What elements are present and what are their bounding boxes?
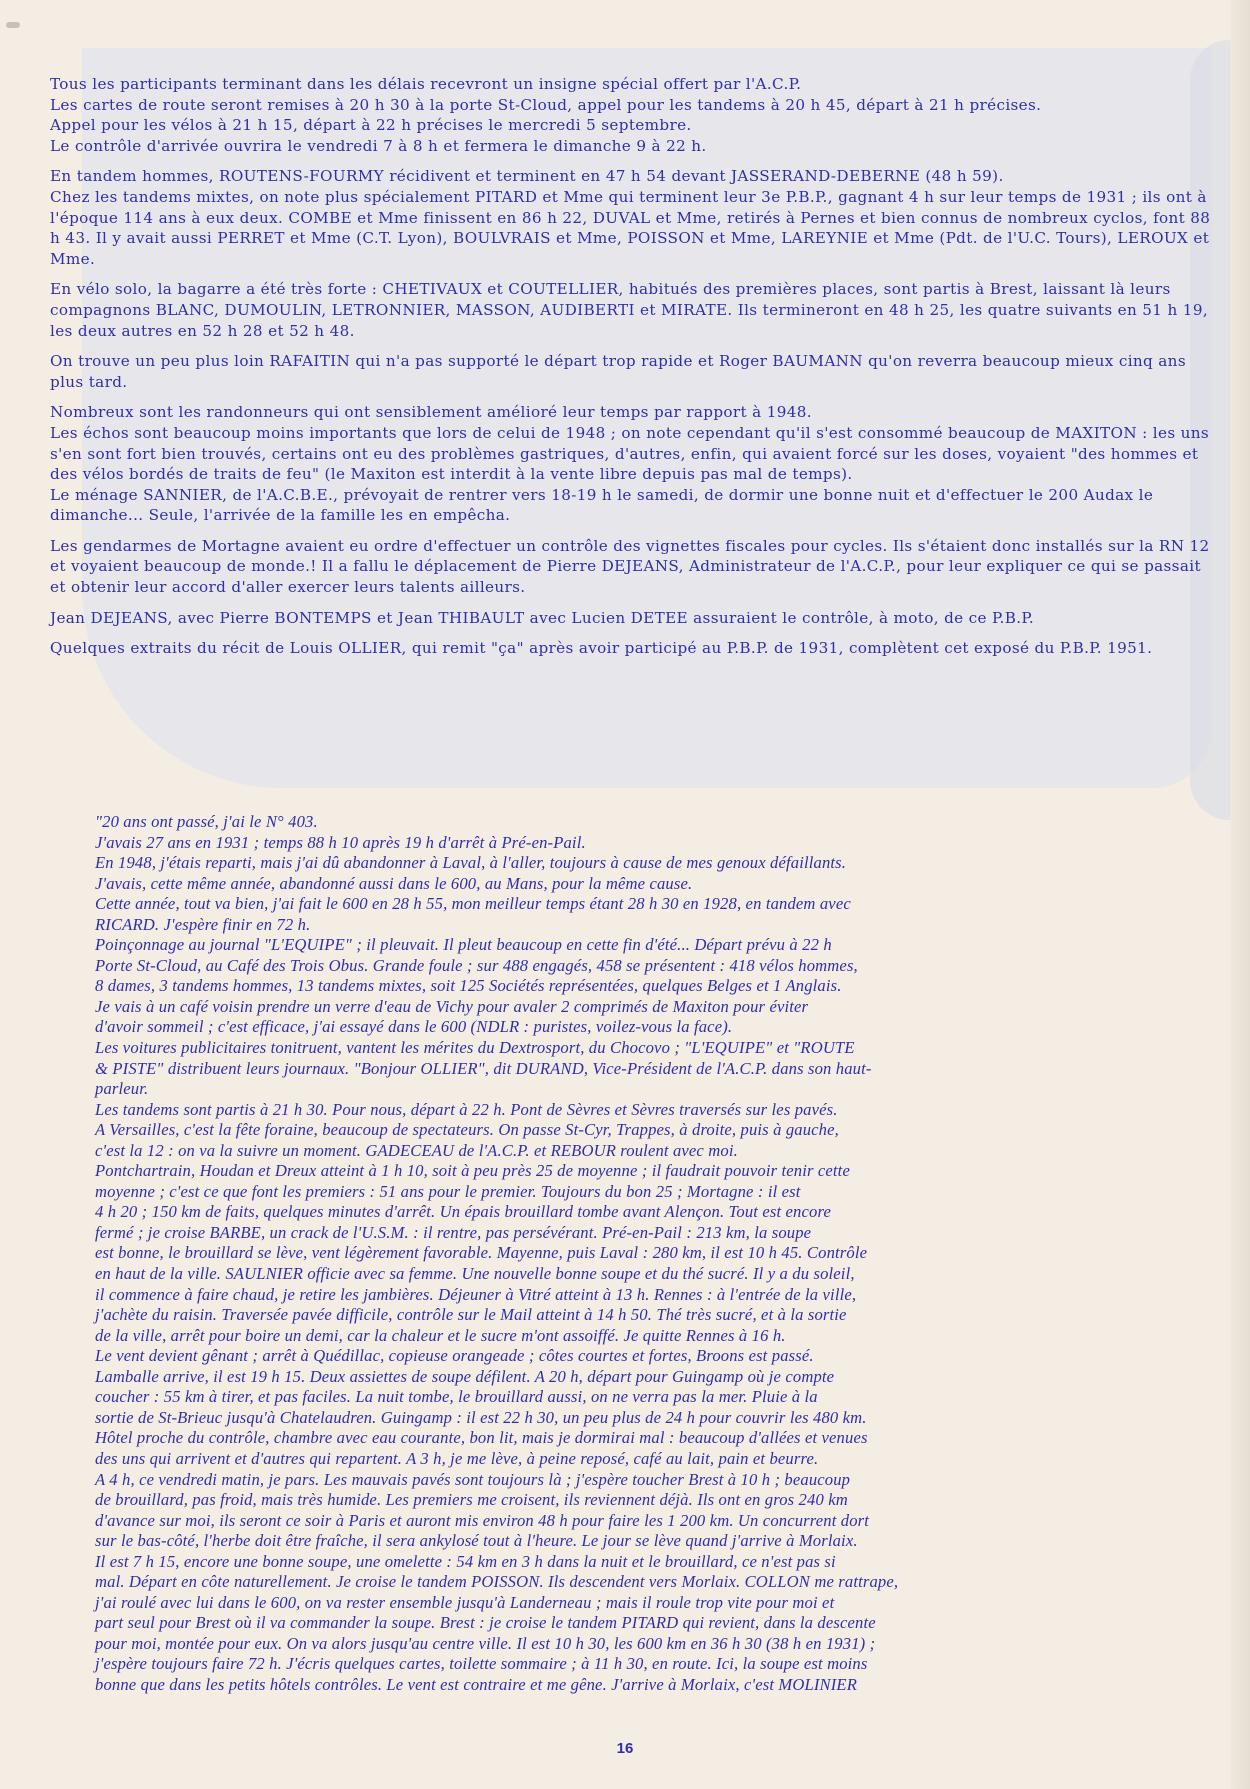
line: Les gendarmes de Mortagne avaient eu ord…	[50, 537, 1210, 596]
quote-line: de brouillard, pas froid, mais très humi…	[95, 1490, 1205, 1511]
quote-line: c'est la 12 : on va la suivre un moment.…	[95, 1141, 1205, 1162]
quote-line: Hôtel proche du contrôle, chambre avec e…	[95, 1428, 1205, 1449]
quote-line: Lamballe arrive, il est 19 h 15. Deux as…	[95, 1367, 1205, 1388]
line: Les cartes de route seront remises à 20 …	[50, 96, 1041, 114]
quote-line: "20 ans ont passé, j'ai le N° 403.	[95, 812, 1205, 833]
line: Quelques extraits du récit de Louis OLLI…	[50, 639, 1152, 657]
quote-line: j'espère toujours faire 72 h. J'écris qu…	[95, 1654, 1205, 1675]
quote-line: Pontchartrain, Houdan et Dreux atteint à…	[95, 1161, 1205, 1182]
line: On trouve un peu plus loin RAFAITIN qui …	[50, 352, 1186, 391]
line: Le contrôle d'arrivée ouvrira le vendred…	[50, 137, 707, 155]
line: Appel pour les vélos à 21 h 15, départ à…	[50, 116, 692, 134]
quote-line: moyenne ; c'est ce que font les premiers…	[95, 1182, 1205, 1203]
line: En tandem hommes, ROUTENS-FOURMY récidiv…	[50, 167, 1004, 185]
quote-line: d'avance sur moi, ils seront ce soir à P…	[95, 1511, 1205, 1532]
quote-line: Poinçonnage au journal "L'EQUIPE" ; il p…	[95, 935, 1205, 956]
page-number: 16	[0, 1740, 1250, 1757]
quote-line: 4 h 20 ; 150 km de faits, quelques minut…	[95, 1202, 1205, 1223]
quote-line: de la ville, arrêt pour boire un demi, c…	[95, 1326, 1205, 1347]
paragraph-extraits: Quelques extraits du récit de Louis OLLI…	[50, 638, 1220, 659]
paper-stain	[6, 22, 20, 28]
quote-line: en haut de la ville. SAULNIER officie av…	[95, 1264, 1205, 1285]
ollier-narrative-quote: "20 ans ont passé, j'ai le N° 403.J'avai…	[95, 812, 1205, 1696]
quote-line: 8 dames, 3 tandems hommes, 13 tandems mi…	[95, 976, 1205, 997]
quote-line: sortie de St-Brieuc jusqu'à Chatelaudren…	[95, 1408, 1205, 1429]
quote-line: En 1948, j'étais reparti, mais j'ai dû a…	[95, 853, 1205, 874]
quote-line: j'achète du raisin. Traversée pavée diff…	[95, 1305, 1205, 1326]
quote-line: Porte St-Cloud, au Café des Trois Obus. …	[95, 956, 1205, 977]
quote-line: Les tandems sont partis à 21 h 30. Pour …	[95, 1100, 1205, 1121]
quote-line: parleur.	[95, 1079, 1205, 1100]
paragraph-echos: Nombreux sont les randonneurs qui ont se…	[50, 402, 1220, 526]
quote-line: A 4 h, ce vendredi matin, je pars. Les m…	[95, 1470, 1205, 1491]
quote-line: A Versailles, c'est la fête foraine, bea…	[95, 1120, 1205, 1141]
article-body: Tous les participants terminant dans les…	[50, 74, 1220, 669]
quote-line: J'avais 27 ans en 1931 ; temps 88 h 10 a…	[95, 833, 1205, 854]
quote-line: Il est 7 h 15, encore une bonne soupe, u…	[95, 1552, 1205, 1573]
quote-line: est bonne, le brouillard se lève, vent l…	[95, 1243, 1205, 1264]
line: Nombreux sont les randonneurs qui ont se…	[50, 403, 812, 421]
quote-line: & PISTE" distribuent leurs journaux. "Bo…	[95, 1059, 1205, 1080]
paragraph-gendarmes: Les gendarmes de Mortagne avaient eu ord…	[50, 536, 1220, 598]
quote-line: fermé ; je croise BARBE, un crack de l'U…	[95, 1223, 1205, 1244]
line: Le ménage SANNIER, de l'A.C.B.E., prévoy…	[50, 486, 1153, 525]
paragraph-rafaitin: On trouve un peu plus loin RAFAITIN qui …	[50, 351, 1220, 392]
quote-line: Les voitures publicitaires tonitruent, v…	[95, 1038, 1205, 1059]
line: Chez les tandems mixtes, on note plus sp…	[50, 188, 1210, 268]
quote-line: j'ai roulé avec lui dans le 600, on va r…	[95, 1593, 1205, 1614]
quote-line: pour moi, montée pour eux. On va alors j…	[95, 1634, 1205, 1655]
quote-line: sur le bas-côté, l'herbe doit être fraîc…	[95, 1531, 1205, 1552]
quote-line: J'avais, cette même année, abandonné aus…	[95, 874, 1205, 895]
quote-line: Cette année, tout va bien, j'ai fait le …	[95, 894, 1205, 915]
quote-line: RICARD. J'espère finir en 72 h.	[95, 915, 1205, 936]
quote-line: coucher : 55 km à tirer, et pas faciles.…	[95, 1387, 1205, 1408]
line: Jean DEJEANS, avec Pierre BONTEMPS et Je…	[50, 609, 1034, 627]
quote-line: part seul pour Brest où il va commander …	[95, 1613, 1205, 1634]
line: Les échos sont beaucoup moins importants…	[50, 424, 1209, 483]
quote-line: bonne que dans les petits hôtels contrôl…	[95, 1675, 1205, 1696]
page-edge	[1230, 0, 1250, 1789]
quote-line: mal. Départ en côte naturellement. Je cr…	[95, 1572, 1205, 1593]
quote-line: des uns qui arrivent et d'autres qui rep…	[95, 1449, 1205, 1470]
quote-line: Le vent devient gênant ; arrêt à Quédill…	[95, 1346, 1205, 1367]
line: Tous les participants terminant dans les…	[50, 75, 801, 93]
paragraph-schedule: Tous les participants terminant dans les…	[50, 74, 1220, 156]
paragraph-solo: En vélo solo, la bagarre a été très fort…	[50, 279, 1220, 341]
quote-line: Je vais à un café voisin prendre un verr…	[95, 997, 1205, 1018]
quote-line: il commence à faire chaud, je retire les…	[95, 1285, 1205, 1306]
paragraph-tandems: En tandem hommes, ROUTENS-FOURMY récidiv…	[50, 166, 1220, 269]
quote-line: d'avoir sommeil ; c'est efficace, j'ai e…	[95, 1017, 1205, 1038]
paragraph-controle: Jean DEJEANS, avec Pierre BONTEMPS et Je…	[50, 608, 1220, 629]
line: En vélo solo, la bagarre a été très fort…	[50, 280, 1208, 339]
